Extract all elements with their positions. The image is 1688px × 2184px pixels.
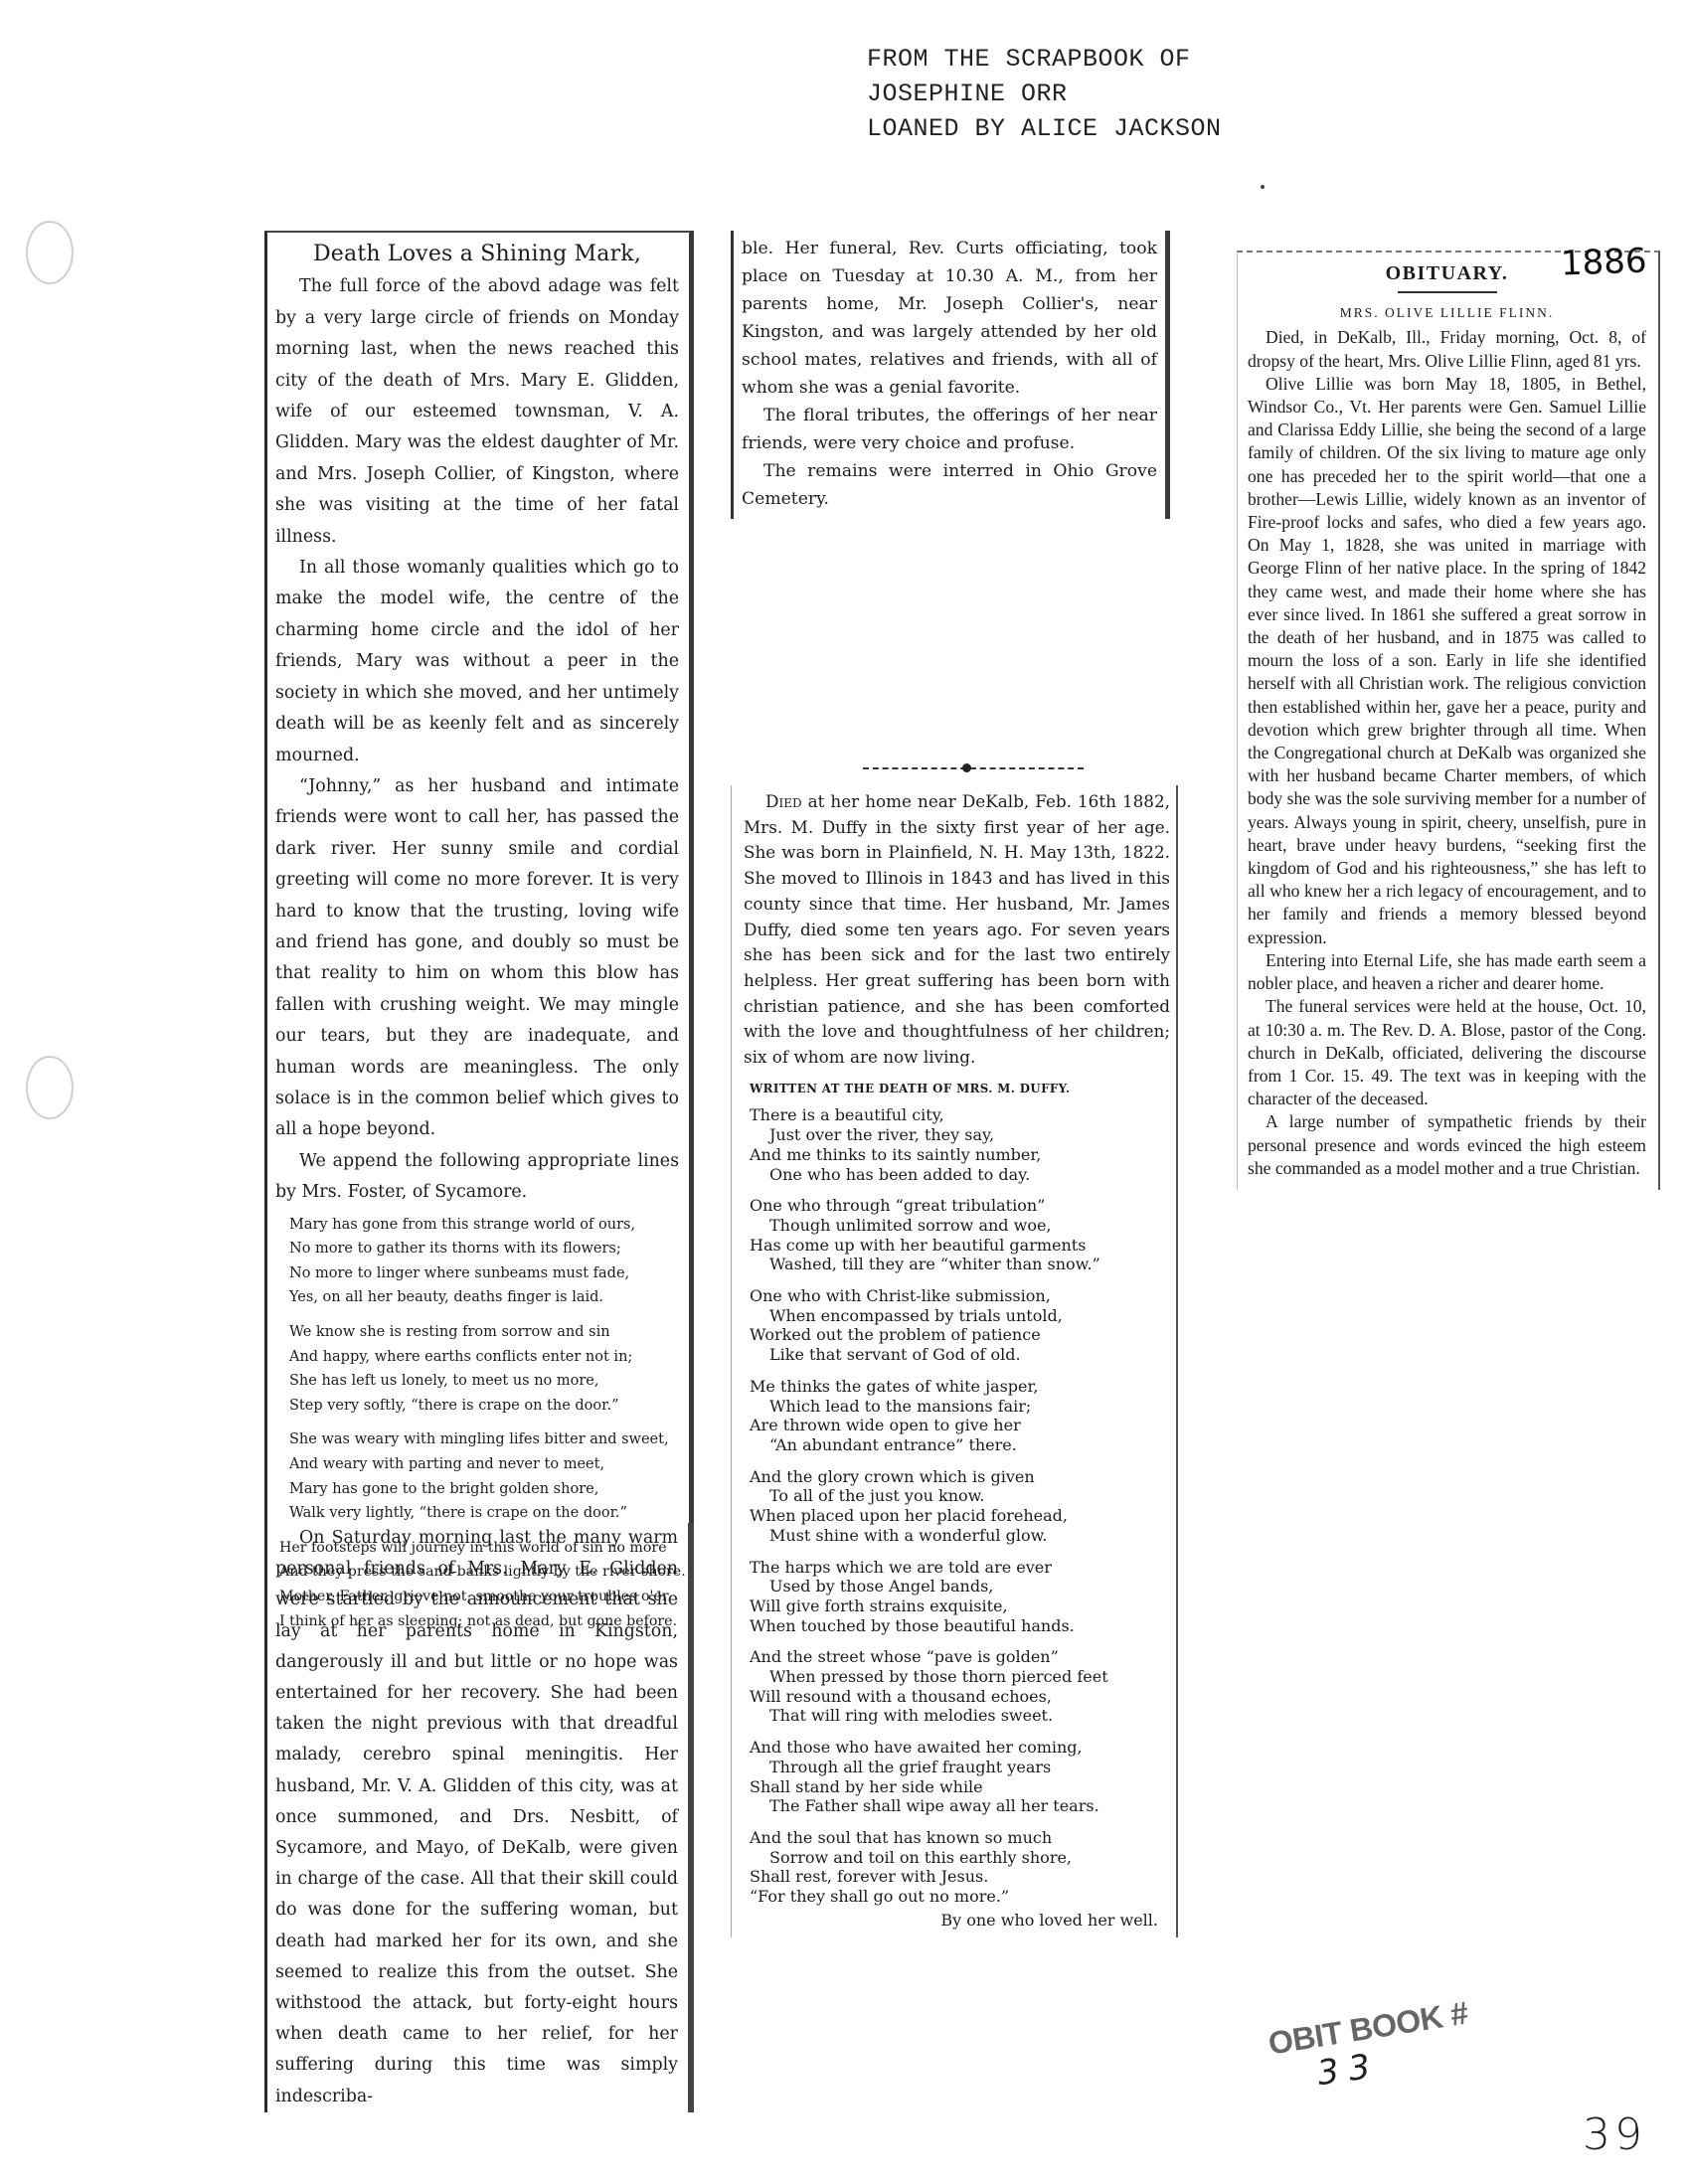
paragraph: Died at her home near DeKalb, Feb. 16th … (744, 789, 1170, 1071)
paragraph: Entering into Eternal Life, she has made… (1248, 949, 1646, 995)
paragraph: We append the following appropriate line… (275, 1146, 679, 1209)
handwritten-page-number: 39 (1583, 2109, 1646, 2160)
clipping-duffy: Died at her home near DeKalb, Feb. 16th … (731, 785, 1178, 1937)
poem-line: When touched by those beautiful hands. (750, 1616, 1170, 1636)
poem-line: One who through “great tribulation” (750, 1196, 1170, 1216)
poem-line: No more to gather its thorns with its fl… (289, 1237, 679, 1261)
clipping-flinn: OBITUARY. MRS. OLIVE LILLIE FLINN. Died,… (1237, 251, 1660, 1190)
poem-line: And happy, where earths conflicts enter … (289, 1345, 679, 1370)
paragraph: Olive Lillie was born May 18, 1805, in B… (1248, 373, 1646, 949)
clipping-glidden-continued: On Saturday morning last the many warm p… (264, 1523, 694, 2112)
poem-line: Must shine with a wonderful glow. (750, 1526, 1170, 1546)
poem-line: Me thinks the gates of white jasper, (750, 1377, 1170, 1397)
header-line-3: LOANED BY ALICE JACKSON (867, 111, 1222, 146)
poem-line: And me thinks to its saintly number, (750, 1145, 1170, 1165)
handwritten-book-number: 33 (1315, 2046, 1383, 2094)
poem-line: Just over the river, they say, (750, 1125, 1170, 1145)
ornamental-divider (863, 767, 1084, 772)
paragraph: The funeral services were held at the ho… (1248, 995, 1646, 1110)
poem-line: Like that servant of God of old. (750, 1345, 1170, 1365)
poem-line: Mary has gone from this strange world of… (289, 1213, 679, 1238)
poem-line: Will give forth strains exquisite, (750, 1596, 1170, 1616)
header-line-1: FROM THE SCRAPBOOK OF (867, 42, 1222, 77)
poem-line: To all of the just you know. (750, 1486, 1170, 1506)
clipping-glidden: Death Loves a Shining Mark, The full for… (264, 231, 694, 1643)
header-line-2: JOSEPHINE ORR (867, 77, 1222, 111)
lead-word: Died (765, 791, 802, 811)
poem-line: Used by those Angel bands, (750, 1577, 1170, 1596)
paragraph: The remains were interred in Ohio Grove … (742, 457, 1157, 513)
poem-line: When encompassed by trials untold, (750, 1306, 1170, 1326)
poem-line: When pressed by those thorn pierced feet (750, 1667, 1170, 1687)
paragraph: A large number of sympathetic friends by… (1248, 1110, 1646, 1180)
poem-line: “An abundant entrance” there. (750, 1435, 1170, 1455)
poem-line: Though unlimited sorrow and woe, (750, 1216, 1170, 1236)
heading-rule (1398, 291, 1497, 293)
poem-line: Will resound with a thousand echoes, (750, 1687, 1170, 1707)
stanza: She was weary with mingling lifes bitter… (289, 1428, 679, 1525)
stanza: There is a beautiful city, Just over the… (750, 1105, 1170, 1184)
poem-line: And the street whose “pave is golden” (750, 1647, 1170, 1667)
poem-line: We know she is resting from sorrow and s… (289, 1320, 679, 1345)
paragraph: In all those womanly qualities which go … (275, 553, 679, 771)
paragraph: ble. Her funeral, Rev. Curts officiating… (742, 235, 1157, 402)
paragraph: Died, in DeKalb, Ill., Friday morning, O… (1248, 326, 1646, 372)
scrapbook-header: FROM THE SCRAPBOOK OFJOSEPHINE ORRLOANED… (867, 42, 1222, 146)
poem-signature: By one who loved her well. (750, 1911, 1170, 1931)
paragraph: On Saturday morning last the many warm p… (275, 1523, 678, 2112)
poem-line: And those who have awaited her coming, (750, 1738, 1170, 1758)
paragraph: The floral tributes, the offerings of he… (742, 402, 1157, 457)
body-text: at her home near DeKalb, Feb. 16th 1882,… (744, 791, 1170, 1067)
poem-title: WRITTEN AT THE DEATH OF MRS. M. DUFFY. (750, 1077, 1170, 1102)
poem-line: Worked out the problem of patience (750, 1325, 1170, 1345)
stanza: One who through “great tribulation” Thou… (750, 1196, 1170, 1274)
punch-hole-top (26, 221, 74, 284)
poem-line: Washed, till they are “whiter than snow.… (750, 1255, 1170, 1274)
stanza: And the street whose “pave is golden” Wh… (750, 1647, 1170, 1726)
poem-line: One who with Christ-like submission, (750, 1286, 1170, 1306)
paragraph: The full force of the abovd adage was fe… (275, 271, 679, 553)
stanza: Me thinks the gates of white jasper, Whi… (750, 1377, 1170, 1455)
stanza: We know she is resting from sorrow and s… (289, 1320, 679, 1418)
poem-line: No more to linger where sunbeams must fa… (289, 1261, 679, 1286)
poem-line: When placed upon her placid forehead, (750, 1506, 1170, 1526)
poem-line: One who has been added to day. (750, 1165, 1170, 1185)
stanza: Mary has gone from this strange world of… (289, 1213, 679, 1310)
poem-line: “For they shall go out no more.” (750, 1887, 1170, 1907)
poem-line: Through all the grief fraught years (750, 1758, 1170, 1777)
poem-line: The harps which we are told are ever (750, 1558, 1170, 1578)
poem-line: Step very softly, “there is crape on the… (289, 1394, 679, 1419)
poem-duffy: There is a beautiful city, Just over the… (750, 1105, 1170, 1930)
stanza: And those who have awaited her coming, T… (750, 1738, 1170, 1816)
poem-line: Which lead to the mansions fair; (750, 1397, 1170, 1417)
stanza: The harps which we are told are ever Use… (750, 1558, 1170, 1636)
poem-line: Sorrow and toil on this earthly shore, (750, 1848, 1170, 1868)
paragraph: “Johnny,” as her husband and intimate fr… (275, 771, 679, 1146)
stanza: And the soul that has known so much Sorr… (750, 1828, 1170, 1907)
speck (1261, 185, 1265, 189)
clipping-title: Death Loves a Shining Mark, (275, 239, 679, 269)
poem-line: She has left us lonely, to meet us no mo… (289, 1369, 679, 1394)
poem-line: Yes, on all her beauty, deaths finger is… (289, 1285, 679, 1310)
poem-line: The Father shall wipe away all her tears… (750, 1796, 1170, 1816)
stanza: One who with Christ-like submission, Whe… (750, 1286, 1170, 1365)
poem-line: Has come up with her beautiful garments (750, 1236, 1170, 1256)
poem-line: She was weary with mingling lifes bitter… (289, 1428, 679, 1452)
stanza: And the glory crown which is given To al… (750, 1467, 1170, 1546)
poem-line: And weary with parting and never to meet… (289, 1452, 679, 1477)
poem-line: That will ring with melodies sweet. (750, 1706, 1170, 1726)
poem-line: Are thrown wide open to give her (750, 1416, 1170, 1435)
obituary-subheading: MRS. OLIVE LILLIE FLINN. (1248, 301, 1646, 324)
poem-line: Shall stand by her side while (750, 1777, 1170, 1797)
punch-hole-middle (26, 1056, 74, 1119)
poem-line: Mary has gone to the bright golden shore… (289, 1477, 679, 1502)
poem-line: There is a beautiful city, (750, 1105, 1170, 1125)
poem-line: And the glory crown which is given (750, 1467, 1170, 1487)
poem-line: And the soul that has known so much (750, 1828, 1170, 1848)
divider-dot (962, 763, 971, 772)
clipping-glidden-funeral: ble. Her funeral, Rev. Curts officiating… (731, 231, 1170, 519)
handwritten-year: 1886 (1560, 242, 1647, 284)
poem-line: Shall rest, forever with Jesus. (750, 1867, 1170, 1887)
